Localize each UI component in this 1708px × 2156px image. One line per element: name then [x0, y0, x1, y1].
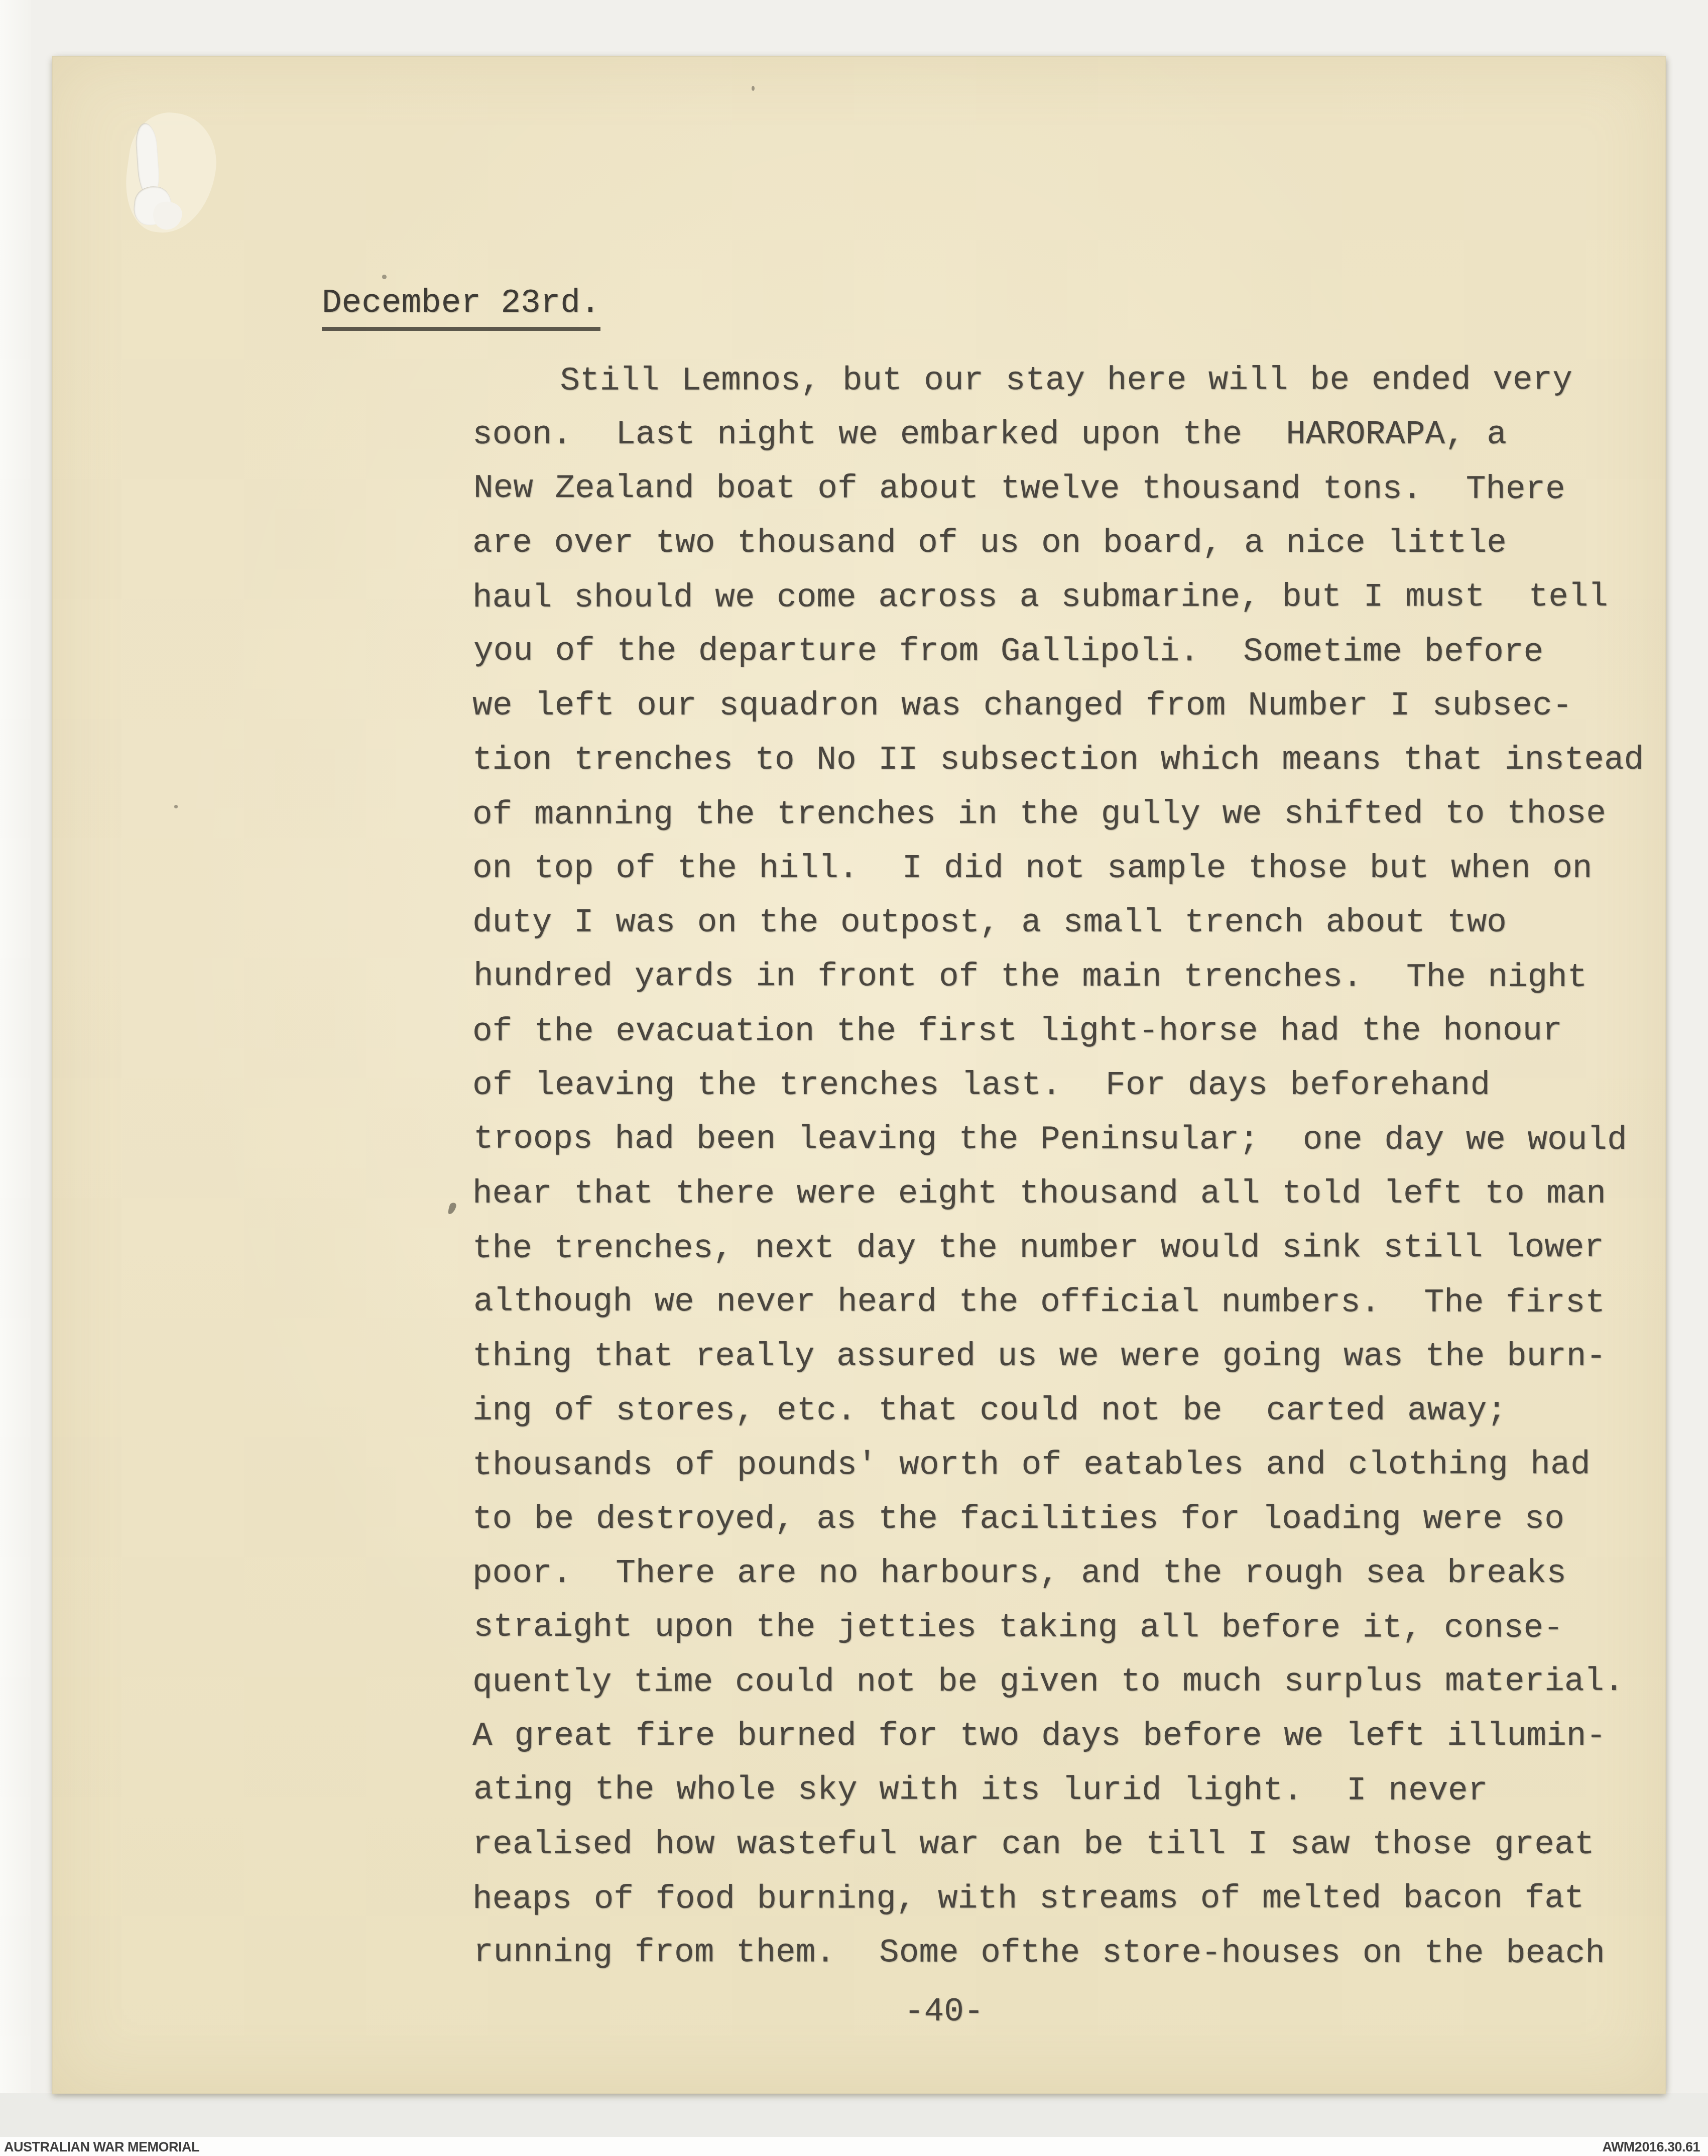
typed-line: of manning the trenches in the gully we …	[472, 787, 1687, 842]
typed-line: of the evacuation the first light-horse …	[472, 1004, 1687, 1059]
institution-watermark: AUSTRALIAN WAR MEMORIAL	[4, 2138, 199, 2155]
typed-line: A great fire burned for two days before …	[472, 1709, 1687, 1763]
scan-left-edge	[0, 0, 31, 2156]
typed-line: quently time could not be given to much …	[472, 1654, 1687, 1710]
ink-speck	[174, 805, 178, 808]
typed-line: New Zealand boat of about twelve thousan…	[473, 461, 1688, 517]
typed-line: duty I was on the outpost, a small trenc…	[472, 896, 1687, 950]
accession-number-watermark: AWM2016.30.61	[1602, 2138, 1700, 2155]
typed-line: you of the departure from Gallipoli. Som…	[473, 624, 1688, 680]
typed-line: troops had been leaving the Peninsular; …	[473, 1112, 1688, 1168]
entry-date-heading: December 23rd.	[322, 287, 600, 331]
typed-line: running from them. Some ofthe store-hous…	[473, 1926, 1688, 1981]
ink-speck	[382, 275, 387, 279]
typed-line: haul should we come across a submarine, …	[472, 570, 1687, 625]
typed-line: tion trenches to No II subsection which …	[472, 733, 1687, 787]
typed-line: thousands of pounds' worth of eatables a…	[472, 1438, 1687, 1493]
ink-speck	[752, 86, 755, 91]
page-number: -40-	[904, 1985, 984, 2039]
typed-line: on top of the hill. I did not sample tho…	[472, 842, 1687, 896]
archive-footer-bar: AUSTRALIAN WAR MEMORIAL AWM2016.30.61	[0, 2137, 1708, 2156]
ink-mark	[447, 1202, 457, 1216]
typed-line: we left our squadron was changed from Nu…	[472, 679, 1687, 733]
typed-line: poor. There are no harbours, and the rou…	[472, 1546, 1687, 1601]
typed-line: hear that there were eight thousand all …	[472, 1167, 1687, 1221]
typed-line: Still Lemnos, but our stay here will be …	[472, 353, 1687, 408]
typed-line: realised how wasteful war can be till I …	[472, 1818, 1687, 1872]
typed-line: to be destroyed, as the facilities for l…	[472, 1492, 1687, 1546]
scanned-document-page: December 23rd. Still Lemnos, but our sta…	[0, 0, 1708, 2156]
typed-line: heaps of food burning, with streams of m…	[472, 1871, 1687, 1927]
typed-line: are over two thousand of us on board, a …	[472, 516, 1687, 570]
typed-line: of leaving the trenches last. For days b…	[472, 1058, 1687, 1113]
typed-line: straight upon the jetties taking all bef…	[473, 1600, 1688, 1656]
typed-line: the trenches, next day the number would …	[472, 1221, 1687, 1276]
typed-body: Still Lemnos, but our stay here will be …	[472, 353, 1687, 1980]
typed-line: thing that really assured us we were goi…	[472, 1330, 1687, 1384]
typed-line: hundred yards in front of the main trenc…	[473, 949, 1688, 1005]
typed-line: soon. Last night we embarked upon the HA…	[472, 408, 1687, 462]
paper-sheet: December 23rd. Still Lemnos, but our sta…	[52, 56, 1666, 2094]
typed-line: ating the whole sky with its lurid light…	[473, 1763, 1688, 1819]
typed-line: ing of stores, etc. that could not be ca…	[472, 1384, 1687, 1438]
typed-line: although we never heard the official num…	[473, 1275, 1688, 1331]
